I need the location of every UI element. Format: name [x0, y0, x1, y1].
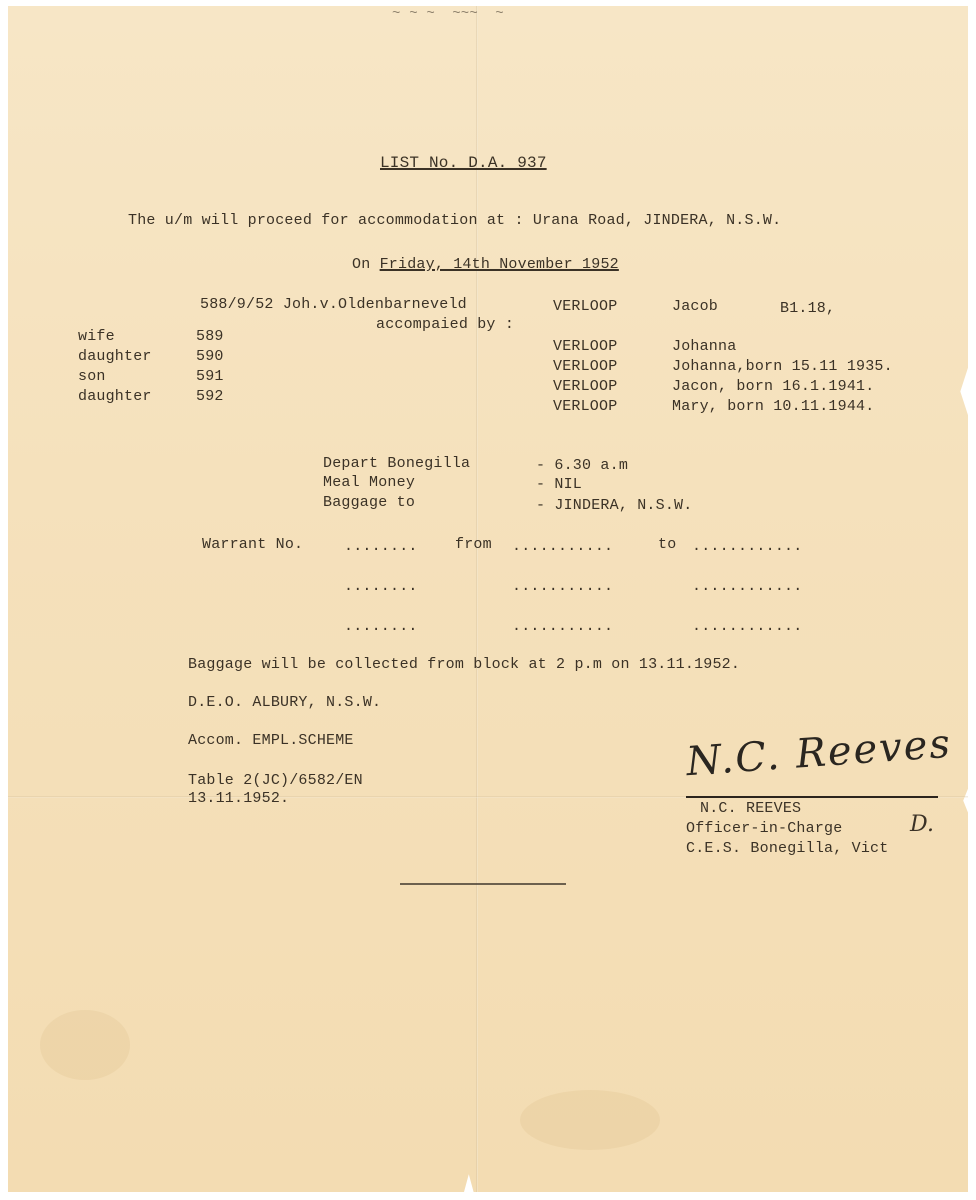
member-surname: VERLOOP: [553, 398, 617, 415]
paper-sheet: [8, 6, 968, 1192]
member-number: 589: [196, 328, 224, 345]
member-number: 590: [196, 348, 224, 365]
member-surname: VERLOOP: [553, 358, 617, 375]
accompanied-by-label: accompaied by :: [376, 316, 514, 333]
office-line: D.E.O. ALBURY, N.S.W.: [188, 694, 381, 711]
warrant-dots: ...........: [512, 578, 613, 595]
baggage-note: Baggage will be collected from block at …: [188, 656, 740, 673]
member-relation: daughter: [78, 348, 152, 365]
travel-value: - 6.30 a.m: [536, 457, 628, 474]
warrant-dots: ........: [344, 538, 418, 555]
scheme-line: Accom. EMPL.SCHEME: [188, 732, 354, 749]
travel-label: Meal Money: [323, 474, 415, 491]
member-number: 591: [196, 368, 224, 385]
member-detail: Johanna: [672, 338, 736, 355]
intro-line: The u/m will proceed for accommodation a…: [128, 212, 781, 229]
top-marks: ~ ~ ~ ~~~ ~: [392, 6, 504, 22]
member-number: 592: [196, 388, 224, 405]
member-detail: Jacon, born 16.1.1941.: [672, 378, 874, 395]
member-detail: Johanna,born 15.11 1935.: [672, 358, 893, 375]
head-given-name: Jacob: [672, 298, 718, 315]
warrant-label: Warrant No.: [202, 536, 303, 553]
warrant-dots: ............: [692, 618, 802, 635]
head-code: B1.18,: [780, 300, 835, 317]
warrant-from-label: from: [455, 536, 492, 553]
signatory-position: Officer-in-Charge: [686, 820, 842, 837]
vertical-fold-line: [476, 6, 478, 1192]
handwritten-initial: D.: [910, 812, 934, 837]
date-prefix: On: [352, 256, 380, 273]
member-relation: wife: [78, 328, 115, 345]
signatory-name: N.C. REEVES: [700, 800, 801, 817]
warrant-dots: ............: [692, 538, 802, 555]
warrant-dots: ........: [344, 578, 418, 595]
end-rule: [400, 883, 566, 885]
paper-stain: [40, 1010, 130, 1080]
member-surname: VERLOOP: [553, 338, 617, 355]
document-title: LIST No. D.A. 937: [380, 154, 547, 172]
ship-name: Joh.v.Oldenbarneveld: [283, 296, 467, 313]
travel-label: Depart Bonegilla: [323, 455, 470, 472]
member-surname: VERLOOP: [553, 378, 617, 395]
warrant-dots: ...........: [512, 538, 613, 555]
head-ref: 588/9/52 Joh.v.Oldenbarneveld: [200, 296, 467, 313]
table-date: 13.11.1952.: [188, 790, 289, 807]
warrant-dots: ........: [344, 618, 418, 635]
table-reference: Table 2(JC)/6582/EN: [188, 772, 363, 789]
reference-number: 588/9/52: [200, 296, 274, 313]
warrant-dots: ............: [692, 578, 802, 595]
date-line: On Friday, 14th November 1952: [352, 256, 619, 273]
date-value: Friday, 14th November 1952: [380, 256, 619, 273]
head-surname: VERLOOP: [553, 298, 617, 315]
travel-label: Baggage to: [323, 494, 415, 511]
member-detail: Mary, born 10.11.1944.: [672, 398, 874, 415]
warrant-to-label: to: [658, 536, 676, 553]
signatory-location: C.E.S. Bonegilla, Vict: [686, 840, 888, 857]
member-relation: daughter: [78, 388, 152, 405]
warrant-dots: ...........: [512, 618, 613, 635]
member-relation: son: [78, 368, 106, 385]
paper-stain: [520, 1090, 660, 1150]
travel-value: - NIL: [536, 476, 582, 493]
travel-value: - JINDERA, N.S.W.: [536, 497, 692, 514]
signature-line: [686, 796, 938, 798]
